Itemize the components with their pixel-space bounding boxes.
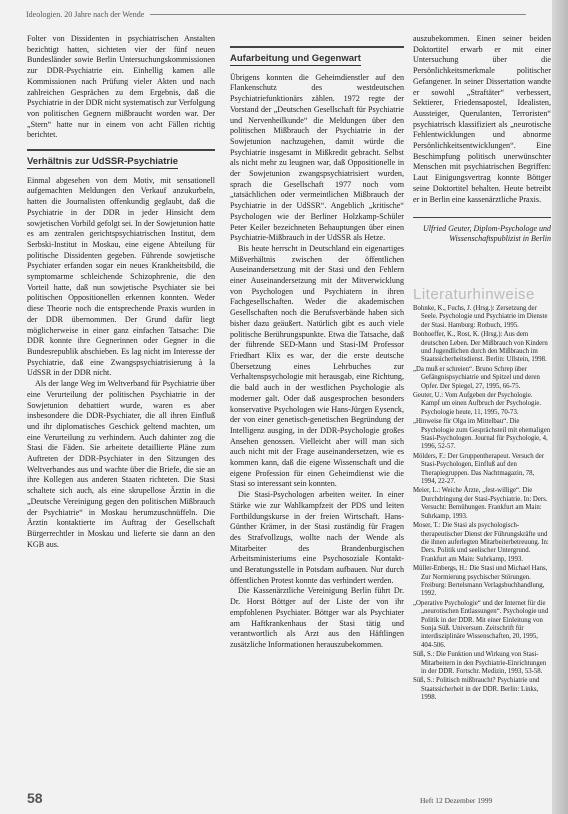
body-paragraph: Als der lange Weg im Weltverband für Psy… (27, 379, 215, 550)
body-paragraph: Die Kassenärztliche Vereinigung Berlin f… (230, 586, 404, 650)
section-heading-udssr: Verhältnis zur UdSSR-Psychiatrie (27, 149, 215, 168)
running-head-rule (150, 14, 526, 15)
literature-item: Süß, S.: Politisch mißbraucht? Psychiatr… (413, 677, 551, 702)
literature-item: „Operative Psychologie“ und der Internet… (413, 600, 551, 650)
literature-item: Geuter, U.: Vom Aufgeben der Psychologie… (413, 392, 551, 417)
literature-item: Mölders, F.: Der Gruppentherapeut. Versu… (413, 453, 551, 487)
body-paragraph: Die Stasi-Psychologen arbeiten weiter. I… (230, 490, 404, 586)
literature-list: Bohnke, K., Fuchs, J. (Hrsg.): Zersetzun… (413, 305, 551, 703)
body-paragraph: Bis heute herrscht in Deutschland ein ei… (230, 244, 404, 490)
literature-item: „Da muß er schreien“. Bruno Schrep über … (413, 366, 551, 391)
body-paragraph: auszubekommen. Einen seiner beiden Dokto… (413, 34, 551, 205)
running-head-text: Ideologien. 20 Jahre nach der Wende (26, 10, 144, 19)
literature-item: Süß, S.: Die Funktion und Wirkung von St… (413, 651, 551, 676)
magazine-page: Ideologien. 20 Jahre nach der Wende Folt… (0, 0, 552, 814)
literature-item: Bonhoeffer, K., Rost, K. (Hrsg.): Aus de… (413, 331, 551, 365)
literature-item: Müller-Enbergs, H.: Die Stasi und Michae… (413, 565, 551, 599)
literature-item: Meier, L.: Weiche Ärzte, „fest-willige“.… (413, 487, 551, 521)
literature-item: Bohnke, K., Fuchs, J. (Hrsg.): Zersetzun… (413, 305, 551, 330)
section-heading-aufarbeitung: Aufarbeitung und Gegenwart (230, 46, 404, 65)
author-byline: Ulfried Geuter, Diplom-Psychologe und Wi… (413, 217, 551, 244)
column-3: auszubekommen. Einen seiner beiden Dokto… (413, 34, 551, 704)
page-gutter-shadow (552, 0, 568, 814)
body-paragraph: Übrigens konnten die Geheimdienstler auf… (230, 73, 404, 244)
footer-issue: Heft 12 Dezember 1999 (420, 796, 492, 805)
column-2: Aufarbeitung und Gegenwart Übrigens konn… (230, 34, 404, 651)
running-head: Ideologien. 20 Jahre nach der Wende (26, 10, 526, 19)
literature-heading: Literaturhinweise (413, 290, 551, 301)
intro-paragraph: Folter von Dissidenten in psychiatrische… (27, 34, 215, 141)
literature-item: Moser, T.: Die Stasi als psychologisch-t… (413, 522, 551, 564)
column-1: Folter von Dissidenten in psychiatrische… (27, 34, 215, 550)
page-number: 58 (27, 790, 43, 806)
body-paragraph: Einmal abgesehen von dem Motiv, mit sens… (27, 176, 215, 379)
literature-item: „Hinweise für Olga im Mittelbau“. Die Ps… (413, 418, 551, 452)
